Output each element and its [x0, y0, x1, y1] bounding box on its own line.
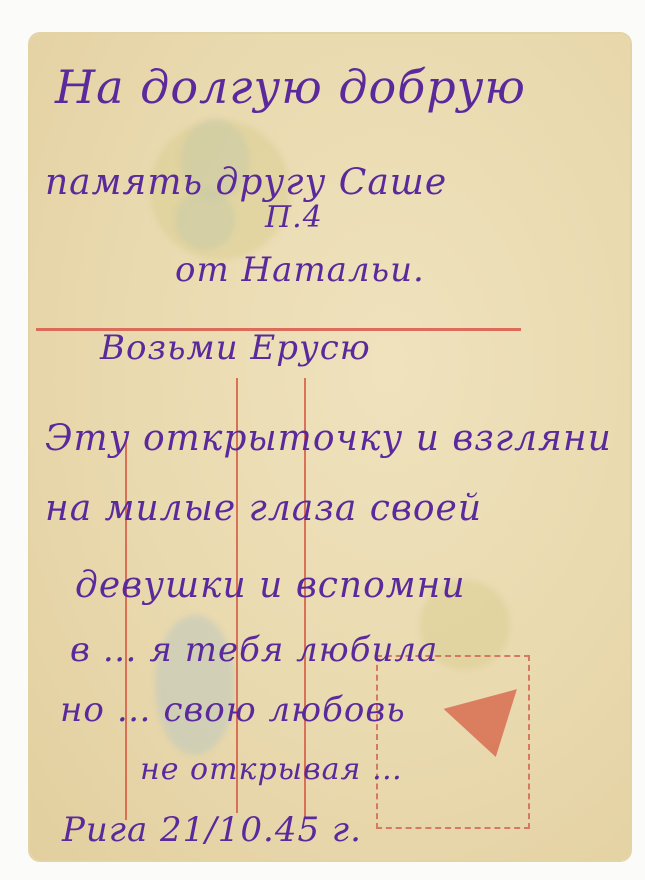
- text-line: На долгую добрую: [55, 60, 526, 114]
- text-line: Эту открыточку и взгляни: [45, 418, 612, 459]
- text-line: П.4: [265, 200, 323, 235]
- signature-place-date: Рига 21/10.45 г.: [62, 810, 362, 850]
- text-line: на милые глаза своей: [45, 488, 482, 529]
- text-line: от Натальи.: [175, 250, 425, 290]
- text-line: не открывая …: [140, 752, 403, 787]
- text-line: в … я тебя любила: [70, 630, 438, 670]
- text-line: девушки и вспомни: [75, 565, 466, 606]
- text-line: но … свою любовь: [60, 690, 406, 730]
- text-line: память другу Саше: [45, 162, 447, 203]
- text-line: Возьми Ерусю: [100, 328, 371, 368]
